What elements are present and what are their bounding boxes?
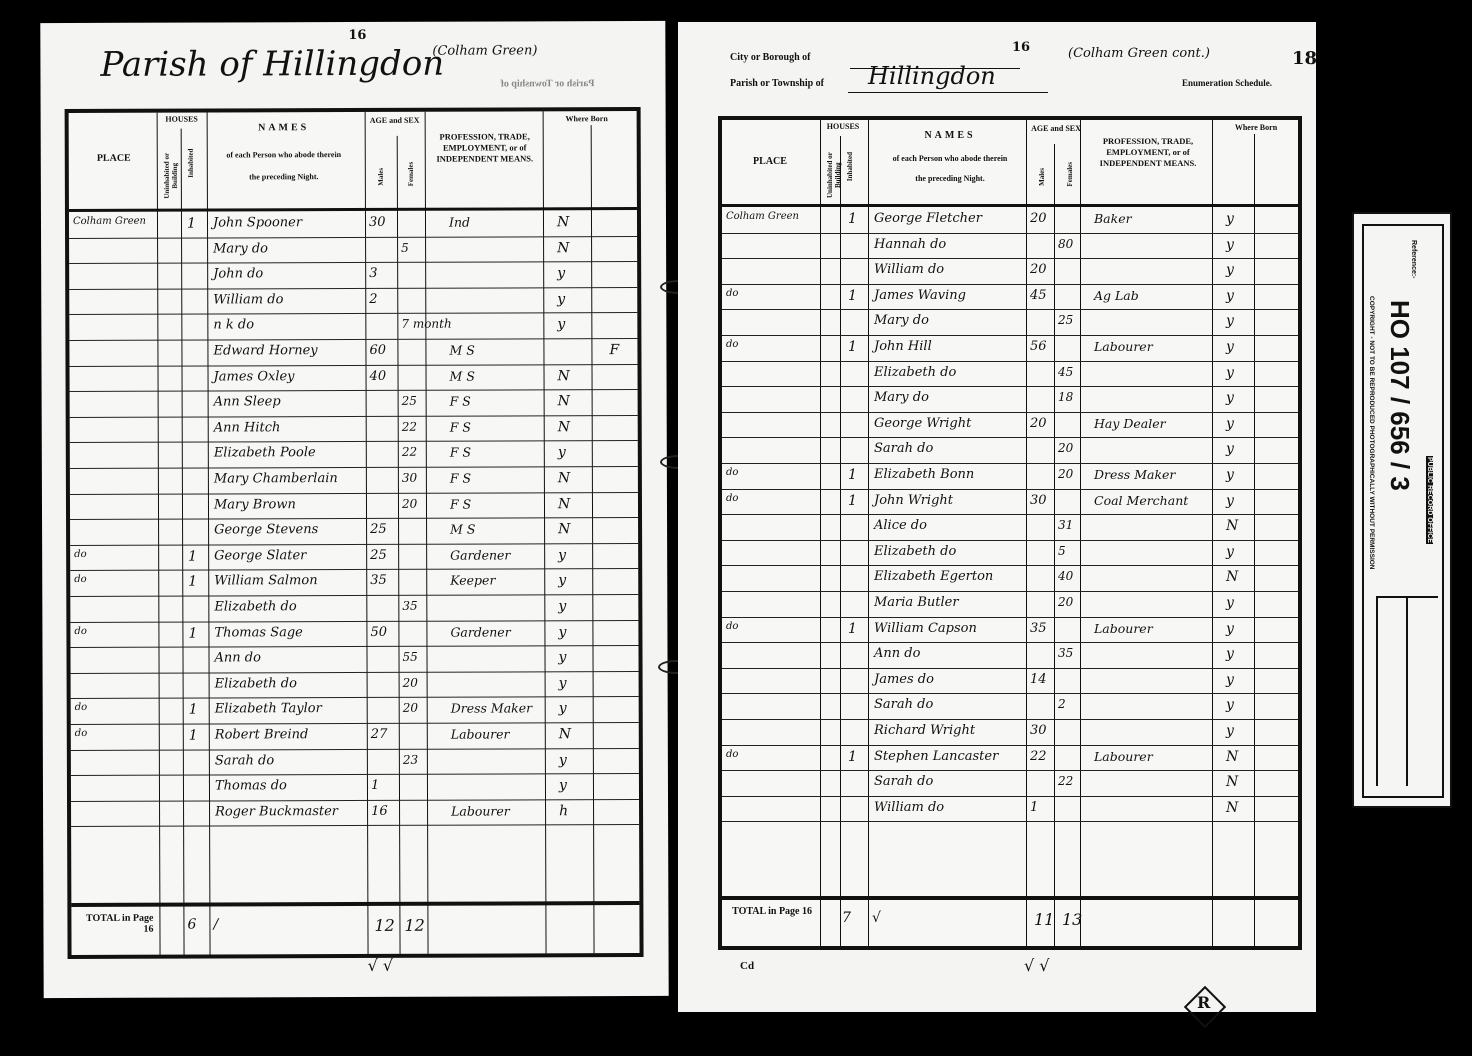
name-cell: Mary Chamberlain bbox=[214, 471, 338, 486]
name-cell: Mary Brown bbox=[214, 497, 296, 512]
check-marks: √ √ bbox=[368, 956, 394, 975]
table-row: Alice do31N bbox=[722, 514, 1298, 541]
born-county-cell: y bbox=[1226, 672, 1234, 688]
profession-cell: M S bbox=[449, 343, 474, 358]
name-cell: Roger Buckmaster bbox=[215, 804, 338, 819]
born-county-cell: y bbox=[1226, 211, 1234, 227]
born-county-cell: y bbox=[558, 547, 566, 563]
name-cell: Ann do bbox=[874, 646, 920, 661]
female-age-cell: 25 bbox=[402, 394, 417, 408]
born-county-cell: y bbox=[558, 573, 566, 589]
table-row: do1William Salmon35Keepery bbox=[70, 568, 638, 597]
male-age-cell: 30 bbox=[1030, 493, 1047, 508]
parish-label: Parish or Township of bbox=[730, 78, 824, 89]
born-county-cell: y bbox=[1226, 288, 1234, 304]
header-houses: HOUSES bbox=[818, 122, 868, 131]
born-county-cell: y bbox=[559, 777, 567, 793]
header-profession: PROFESSION, TRADE, EMPLOYMENT, or of IND… bbox=[429, 131, 541, 164]
name-cell: James do bbox=[874, 672, 934, 687]
parish-value: Hillingdon bbox=[868, 62, 996, 90]
table-row: John do3y bbox=[69, 261, 637, 290]
profession-cell: Labourer bbox=[1094, 621, 1153, 636]
table-row: Sarah do22N bbox=[722, 770, 1298, 797]
female-age-cell: 20 bbox=[1058, 467, 1073, 481]
born-county-cell: y bbox=[1226, 365, 1234, 381]
born-county-cell: y bbox=[1226, 621, 1234, 637]
born-county-cell: y bbox=[1226, 723, 1234, 739]
header-profession: PROFESSION, TRADE, EMPLOYMENT, or of IND… bbox=[1086, 136, 1210, 169]
table-row: George Wright20Hay Dealery bbox=[722, 412, 1298, 439]
page-number: 16 bbox=[348, 28, 366, 43]
schedule-number: 18 bbox=[1292, 48, 1317, 69]
table-row: do1Stephen Lancaster22LabourerN bbox=[722, 745, 1298, 772]
name-cell: Richard Wright bbox=[874, 723, 975, 738]
male-age-cell: 25 bbox=[370, 522, 387, 537]
female-age-cell: 7 month bbox=[401, 317, 451, 331]
profession-cell: Baker bbox=[1094, 211, 1132, 226]
born-county-cell: y bbox=[1226, 416, 1234, 432]
male-age-cell: 35 bbox=[370, 573, 387, 588]
copyright-notice: COPYRIGHT - NOT TO BE REPRODUCED PHOTOGR… bbox=[1368, 296, 1375, 570]
profession-cell: M S bbox=[450, 368, 475, 383]
female-age-cell: 22 bbox=[402, 420, 417, 434]
table-row: Ann Hitch22F SN bbox=[70, 415, 638, 444]
table-row: do1John Hill56Labourery bbox=[722, 335, 1298, 362]
born-county-cell: N bbox=[1226, 800, 1238, 816]
sub-district: (Colham Green cont.) bbox=[1068, 46, 1210, 61]
name-cell: Robert Breind bbox=[215, 727, 309, 742]
name-cell: Ann do bbox=[214, 651, 260, 666]
female-age-cell: 5 bbox=[1058, 544, 1066, 558]
born-county-cell: N bbox=[558, 419, 570, 435]
header-females: Females bbox=[407, 162, 415, 187]
born-county-cell: N bbox=[557, 214, 569, 230]
born-county-cell: h bbox=[559, 803, 568, 819]
inhabited-cell: 1 bbox=[188, 625, 197, 641]
header-names-sub2: the preceding Night. bbox=[872, 174, 1028, 183]
place-cell: do bbox=[75, 728, 87, 739]
name-cell: Elizabeth Poole bbox=[214, 446, 316, 461]
inhabited-cell: 1 bbox=[189, 702, 198, 718]
inhabited-cell: 1 bbox=[848, 621, 857, 637]
table-row: do1Elizabeth Taylor20Dress Makery bbox=[71, 696, 639, 725]
table-row: William do20y bbox=[722, 258, 1298, 285]
male-age-cell: 20 bbox=[1030, 416, 1047, 431]
total-inhabited: 6 bbox=[187, 917, 196, 933]
born-county-cell: y bbox=[1226, 262, 1234, 278]
female-age-cell: 22 bbox=[1058, 774, 1073, 788]
profession-cell: Coal Merchant bbox=[1094, 493, 1188, 508]
stamp-glyph: R bbox=[1197, 993, 1210, 1012]
table-row: do1James Waving45Ag Laby bbox=[722, 284, 1298, 311]
place-cell: Colham Green bbox=[73, 216, 146, 227]
table-row: Mary Brown20F SN bbox=[70, 492, 638, 521]
born-county-cell: y bbox=[558, 649, 566, 665]
table-row: Elizabeth Egerton40N bbox=[722, 565, 1298, 592]
name-cell: Elizabeth do bbox=[874, 544, 956, 559]
born-county-cell: y bbox=[557, 291, 565, 307]
name-cell: John do bbox=[213, 267, 263, 282]
female-age-cell: 30 bbox=[402, 471, 417, 485]
born-county-cell: N bbox=[558, 393, 570, 409]
page-number: 16 bbox=[1012, 40, 1030, 55]
place-cell: do bbox=[726, 288, 738, 299]
census-table-right: PLACE HOUSES NAMES of each Person who ab… bbox=[718, 116, 1302, 950]
header-names: NAMES bbox=[872, 130, 1028, 141]
male-age-cell: 50 bbox=[370, 624, 387, 639]
table-row: Maria Butler20y bbox=[722, 591, 1298, 618]
female-age-cell: 18 bbox=[1058, 390, 1073, 404]
table-row: do1Thomas Sage50Gardenery bbox=[70, 620, 638, 649]
total-females: 13 bbox=[1062, 910, 1082, 929]
female-age-cell: 20 bbox=[1058, 595, 1073, 609]
header-names-sub1: of each Person who abode therein bbox=[209, 150, 359, 160]
profession-cell: F S bbox=[450, 419, 471, 434]
table-row: Elizabeth do35y bbox=[70, 594, 638, 623]
table-header: PLACE HOUSES NAMES of each Person who ab… bbox=[69, 111, 637, 212]
profession-cell: Labourer bbox=[451, 803, 510, 818]
born-county-cell: y bbox=[559, 752, 567, 768]
table-row: William do2y bbox=[69, 287, 637, 316]
total-females: 12 bbox=[404, 916, 424, 935]
inhabited-cell: 1 bbox=[848, 339, 857, 355]
profession-cell: Dress Maker bbox=[451, 701, 532, 716]
profession-cell: Hay Dealer bbox=[1094, 416, 1166, 431]
female-age-cell: 20 bbox=[403, 701, 418, 715]
male-age-cell: 20 bbox=[1030, 262, 1047, 277]
born-county-cell: N bbox=[1226, 774, 1238, 790]
reference-label: Reference:- HO 107 / 656 / 3 PUBLIC RECO… bbox=[1352, 212, 1452, 808]
born-county-cell: y bbox=[1226, 339, 1234, 355]
total-label: TOTAL in Page 16 bbox=[728, 906, 812, 917]
male-age-cell: 60 bbox=[369, 343, 386, 358]
name-cell: Sarah do bbox=[874, 697, 933, 712]
female-age-cell: 20 bbox=[403, 676, 418, 690]
born-county-cell: y bbox=[1226, 390, 1234, 406]
name-cell: George Slater bbox=[214, 548, 306, 563]
inhabited-cell: 1 bbox=[188, 548, 197, 564]
name-cell: Elizabeth Egerton bbox=[874, 569, 993, 584]
born-county-cell: y bbox=[1226, 493, 1234, 509]
born-county-cell: y bbox=[559, 701, 567, 717]
born-county-cell: N bbox=[558, 470, 570, 486]
female-age-cell: 20 bbox=[402, 496, 417, 510]
male-age-cell: 3 bbox=[369, 266, 377, 281]
reference-number: HO 107 / 656 / 3 bbox=[1384, 300, 1415, 491]
inhabited-cell: 1 bbox=[848, 211, 857, 227]
inhabited-cell: 1 bbox=[187, 216, 196, 232]
born-county-cell: y bbox=[1226, 313, 1234, 329]
male-age-cell: 25 bbox=[370, 548, 387, 563]
table-row: Ann Sleep25F SN bbox=[70, 389, 638, 418]
table-row: Ann do35y bbox=[722, 642, 1298, 669]
born-county-cell: y bbox=[558, 624, 566, 640]
table-row: William do1N bbox=[722, 796, 1298, 823]
header-place: PLACE bbox=[79, 153, 149, 164]
header-age-sex: AGE and SEX bbox=[1028, 124, 1084, 133]
table-row: Elizabeth Poole22F Sy bbox=[70, 440, 638, 469]
name-cell: Maria Butler bbox=[874, 595, 959, 610]
female-age-cell: 20 bbox=[1058, 441, 1073, 455]
table-row: James do14y bbox=[722, 668, 1298, 695]
profession-cell: Ind bbox=[449, 215, 470, 230]
female-age-cell: 25 bbox=[1058, 313, 1073, 327]
table-row: Thomas do1y bbox=[71, 773, 639, 802]
table-row: George Stevens25M SN bbox=[70, 517, 638, 546]
header-names-sub1: of each Person who abode therein bbox=[872, 154, 1028, 163]
female-age-cell: 80 bbox=[1058, 237, 1073, 251]
name-cell: William Salmon bbox=[214, 574, 317, 589]
male-age-cell: 16 bbox=[371, 804, 388, 819]
name-cell: Elizabeth Taylor bbox=[215, 702, 322, 717]
total-inhabited: 7 bbox=[842, 910, 851, 926]
born-county-cell: N bbox=[559, 726, 571, 742]
born-county-cell: y bbox=[1226, 697, 1234, 713]
born-county-cell: y bbox=[557, 317, 565, 333]
name-cell: n k do bbox=[213, 318, 254, 333]
reference-caption: Reference:- bbox=[1410, 240, 1417, 279]
header-males: Males bbox=[1038, 168, 1046, 186]
name-cell: Alice do bbox=[874, 518, 927, 533]
total-males: 11 bbox=[1034, 910, 1054, 929]
header-place: PLACE bbox=[732, 156, 808, 167]
name-cell: John Spooner bbox=[213, 215, 302, 230]
table-row: Roger Buckmaster16Labourerh bbox=[71, 799, 639, 828]
male-age-cell: 56 bbox=[1030, 339, 1047, 354]
inhabited-cell: 1 bbox=[848, 288, 857, 304]
name-cell: John Wright bbox=[874, 493, 953, 508]
scale-ruler bbox=[1376, 596, 1438, 786]
header-age-sex: AGE and SEX bbox=[367, 116, 423, 125]
name-cell: Elizabeth do bbox=[214, 599, 296, 614]
born-county-cell: y bbox=[1226, 646, 1234, 662]
table-row: Hannah do80y bbox=[722, 233, 1298, 260]
name-cell: William Capson bbox=[874, 621, 977, 636]
header-inhabited: Inhabited bbox=[187, 149, 195, 178]
name-cell: Elizabeth do bbox=[215, 676, 297, 691]
born-county-cell: N bbox=[557, 240, 569, 256]
profession-cell: Labourer bbox=[1094, 339, 1153, 354]
table-row: do1George Slater25Gardenery bbox=[70, 543, 638, 572]
name-cell: Mary do bbox=[874, 313, 929, 328]
male-age-cell: 1 bbox=[371, 778, 379, 793]
male-age-cell: 2 bbox=[369, 292, 377, 307]
table-row: Elizabeth do5y bbox=[722, 540, 1298, 567]
header-where-born: Where Born bbox=[547, 114, 627, 123]
born-county-cell: N bbox=[558, 496, 570, 512]
enumeration-label: Enumeration Schedule. bbox=[1182, 78, 1272, 88]
left-page: 16 Parish of Hillingdon (Colham Green) P… bbox=[40, 21, 668, 998]
born-foreign-cell: F bbox=[609, 342, 619, 358]
place-cell: do bbox=[74, 549, 86, 560]
table-row: do1Elizabeth Bonn20Dress Makery bbox=[722, 463, 1298, 490]
place-cell: do bbox=[726, 339, 738, 350]
total-names-tick: / bbox=[213, 916, 218, 932]
total-label: TOTAL in Page 16 bbox=[77, 913, 153, 935]
table-row: Sarah do2y bbox=[722, 693, 1298, 720]
place-cell: do bbox=[74, 574, 86, 585]
name-cell: Ann Hitch bbox=[214, 420, 281, 435]
parish-title: Parish of Hillingdon bbox=[100, 44, 444, 85]
name-cell: Thomas do bbox=[215, 778, 287, 793]
name-cell: Stephen Lancaster bbox=[874, 749, 998, 764]
total-males: 12 bbox=[374, 916, 394, 935]
female-age-cell: 2 bbox=[1058, 697, 1066, 711]
header-males: Males bbox=[377, 168, 385, 186]
born-county-cell: N bbox=[1226, 749, 1238, 765]
table-row: do1John Wright30Coal Merchanty bbox=[722, 489, 1298, 516]
profession-cell: Labourer bbox=[1094, 749, 1153, 764]
table-row: Edward Horney60M SF bbox=[69, 338, 637, 367]
inhabited-cell: 1 bbox=[188, 574, 197, 590]
name-cell: Sarah do bbox=[874, 774, 933, 789]
female-age-cell: 45 bbox=[1058, 365, 1073, 379]
place-cell: do bbox=[74, 626, 86, 637]
male-age-cell: 1 bbox=[1030, 800, 1038, 815]
table-row: Mary Chamberlain30F SN bbox=[70, 466, 638, 495]
name-cell: Hannah do bbox=[874, 237, 946, 252]
profession-cell: Labourer bbox=[451, 726, 510, 741]
table-row: Sarah do20y bbox=[722, 437, 1298, 464]
table-row: Richard Wright30y bbox=[722, 719, 1298, 746]
name-cell: Sarah do bbox=[874, 441, 933, 456]
male-age-cell: 30 bbox=[369, 215, 386, 230]
born-county-cell: y bbox=[558, 445, 566, 461]
male-age-cell: 14 bbox=[1030, 672, 1047, 687]
header-where-born: Where Born bbox=[1216, 123, 1296, 132]
table-row: Colham Green1John Spooner30IndN bbox=[69, 210, 637, 239]
name-cell: George Stevens bbox=[214, 522, 318, 537]
name-cell: Elizabeth Bonn bbox=[874, 467, 974, 482]
born-county-cell: N bbox=[1226, 518, 1238, 534]
name-cell: George Wright bbox=[874, 416, 971, 431]
place-cell: do bbox=[726, 493, 738, 504]
female-age-cell: 31 bbox=[1058, 518, 1073, 532]
male-age-cell: 30 bbox=[1030, 723, 1047, 738]
born-county-cell: y bbox=[1226, 441, 1234, 457]
male-age-cell: 40 bbox=[370, 368, 387, 383]
profession-cell: Gardener bbox=[450, 547, 510, 562]
name-cell: Mary do bbox=[874, 390, 929, 405]
name-cell: William do bbox=[874, 262, 944, 277]
table-row: do1William Capson35Labourery bbox=[722, 617, 1298, 644]
male-age-cell: 20 bbox=[1030, 211, 1047, 226]
place-cell: do bbox=[726, 749, 738, 760]
inhabited-cell: 1 bbox=[848, 467, 857, 483]
name-cell: Elizabeth do bbox=[874, 365, 956, 380]
born-county-cell: N bbox=[558, 368, 570, 384]
born-county-cell: y bbox=[1226, 595, 1234, 611]
header-names-sub2: the preceding Night. bbox=[209, 172, 359, 182]
female-age-cell: 5 bbox=[401, 240, 409, 254]
male-age-cell: 22 bbox=[1030, 749, 1047, 764]
table-row: Mary do5N bbox=[69, 236, 637, 265]
name-cell: Mary do bbox=[213, 241, 268, 256]
profession-cell: F S bbox=[450, 445, 471, 460]
place-cell: do bbox=[726, 621, 738, 632]
table-row: Mary do25y bbox=[722, 309, 1298, 336]
header-names: NAMES bbox=[209, 122, 359, 134]
inhabited-cell: 1 bbox=[848, 493, 857, 509]
table-row: Ann do55y bbox=[70, 645, 638, 674]
male-age-cell: 45 bbox=[1030, 288, 1047, 303]
male-age-cell: 27 bbox=[371, 727, 388, 742]
name-cell: William do bbox=[213, 292, 283, 307]
table-row: James Oxley40M SN bbox=[69, 364, 637, 393]
profession-cell: Dress Maker bbox=[1094, 467, 1175, 482]
footer-mark: Cd bbox=[740, 960, 754, 972]
male-age-cell: 35 bbox=[1030, 621, 1047, 636]
faded-preprint: Parish or Township of bbox=[500, 78, 594, 89]
check-marks: √ √ bbox=[1024, 956, 1049, 975]
record-office: PUBLIC RECORD OFFICE bbox=[1426, 456, 1433, 544]
total-names-tick: √ bbox=[872, 910, 881, 926]
born-county-cell: y bbox=[1226, 467, 1234, 483]
table-row: Elizabeth do20y bbox=[71, 671, 639, 700]
name-cell: Ann Sleep bbox=[214, 394, 281, 409]
female-age-cell: 35 bbox=[402, 599, 417, 613]
born-county-cell: N bbox=[1226, 569, 1238, 585]
inhabited-cell: 1 bbox=[848, 749, 857, 765]
table-row: Colham Green1George Fletcher20Bakery bbox=[722, 207, 1298, 234]
header-females: Females bbox=[1066, 162, 1074, 187]
born-county-cell: y bbox=[1226, 544, 1234, 560]
inhabited-cell: 1 bbox=[189, 728, 198, 744]
sub-district: (Colham Green) bbox=[432, 43, 537, 58]
born-county-cell: N bbox=[558, 521, 570, 537]
table-row: n k do7 monthy bbox=[69, 312, 637, 341]
name-cell: William do bbox=[874, 800, 944, 815]
female-age-cell: 55 bbox=[402, 650, 417, 664]
place-cell: Colham Green bbox=[726, 211, 799, 222]
name-cell: Edward Horney bbox=[213, 343, 317, 358]
table-row: Sarah do23y bbox=[71, 748, 639, 777]
name-cell: Sarah do bbox=[215, 753, 274, 768]
total-row-left: TOTAL in Page 16 6 / 12 12 bbox=[71, 901, 639, 955]
profession-cell: Keeper bbox=[450, 573, 495, 588]
place-cell: do bbox=[726, 467, 738, 478]
born-county-cell: y bbox=[1226, 237, 1234, 253]
name-cell: James Waving bbox=[874, 288, 966, 303]
female-age-cell: 35 bbox=[1058, 646, 1073, 660]
female-age-cell: 23 bbox=[403, 752, 418, 766]
profession-cell: F S bbox=[450, 471, 471, 486]
profession-cell: Gardener bbox=[450, 624, 510, 639]
name-cell: Thomas Sage bbox=[214, 625, 302, 640]
profession-cell: M S bbox=[450, 522, 475, 537]
born-county-cell: y bbox=[557, 265, 565, 281]
table-row: Mary do18y bbox=[722, 386, 1298, 413]
name-cell: John Hill bbox=[874, 339, 932, 354]
header-houses: HOUSES bbox=[157, 115, 207, 124]
born-county-cell: y bbox=[558, 598, 566, 614]
table-row: do1Robert Breind27LabourerN bbox=[71, 722, 639, 751]
city-borough-label: City or Borough of bbox=[730, 52, 810, 63]
reference-frame: Reference:- HO 107 / 656 / 3 PUBLIC RECO… bbox=[1362, 224, 1444, 798]
name-cell: George Fletcher bbox=[874, 211, 982, 226]
header-uninhabited: Uninhabited or Building bbox=[163, 143, 179, 209]
profession-cell: F S bbox=[450, 496, 471, 511]
born-county-cell: y bbox=[559, 675, 567, 691]
total-row-right: TOTAL in Page 16 7 √ 11 13 bbox=[722, 896, 1298, 948]
profession-cell: F S bbox=[450, 394, 471, 409]
female-age-cell: 22 bbox=[402, 445, 417, 459]
place-cell: do bbox=[75, 702, 87, 713]
census-table-left: PLACE HOUSES NAMES of each Person who ab… bbox=[65, 107, 644, 959]
name-cell: James Oxley bbox=[214, 369, 295, 384]
table-row: Elizabeth do45y bbox=[722, 361, 1298, 388]
header-inhabited: Inhabited bbox=[846, 152, 854, 181]
